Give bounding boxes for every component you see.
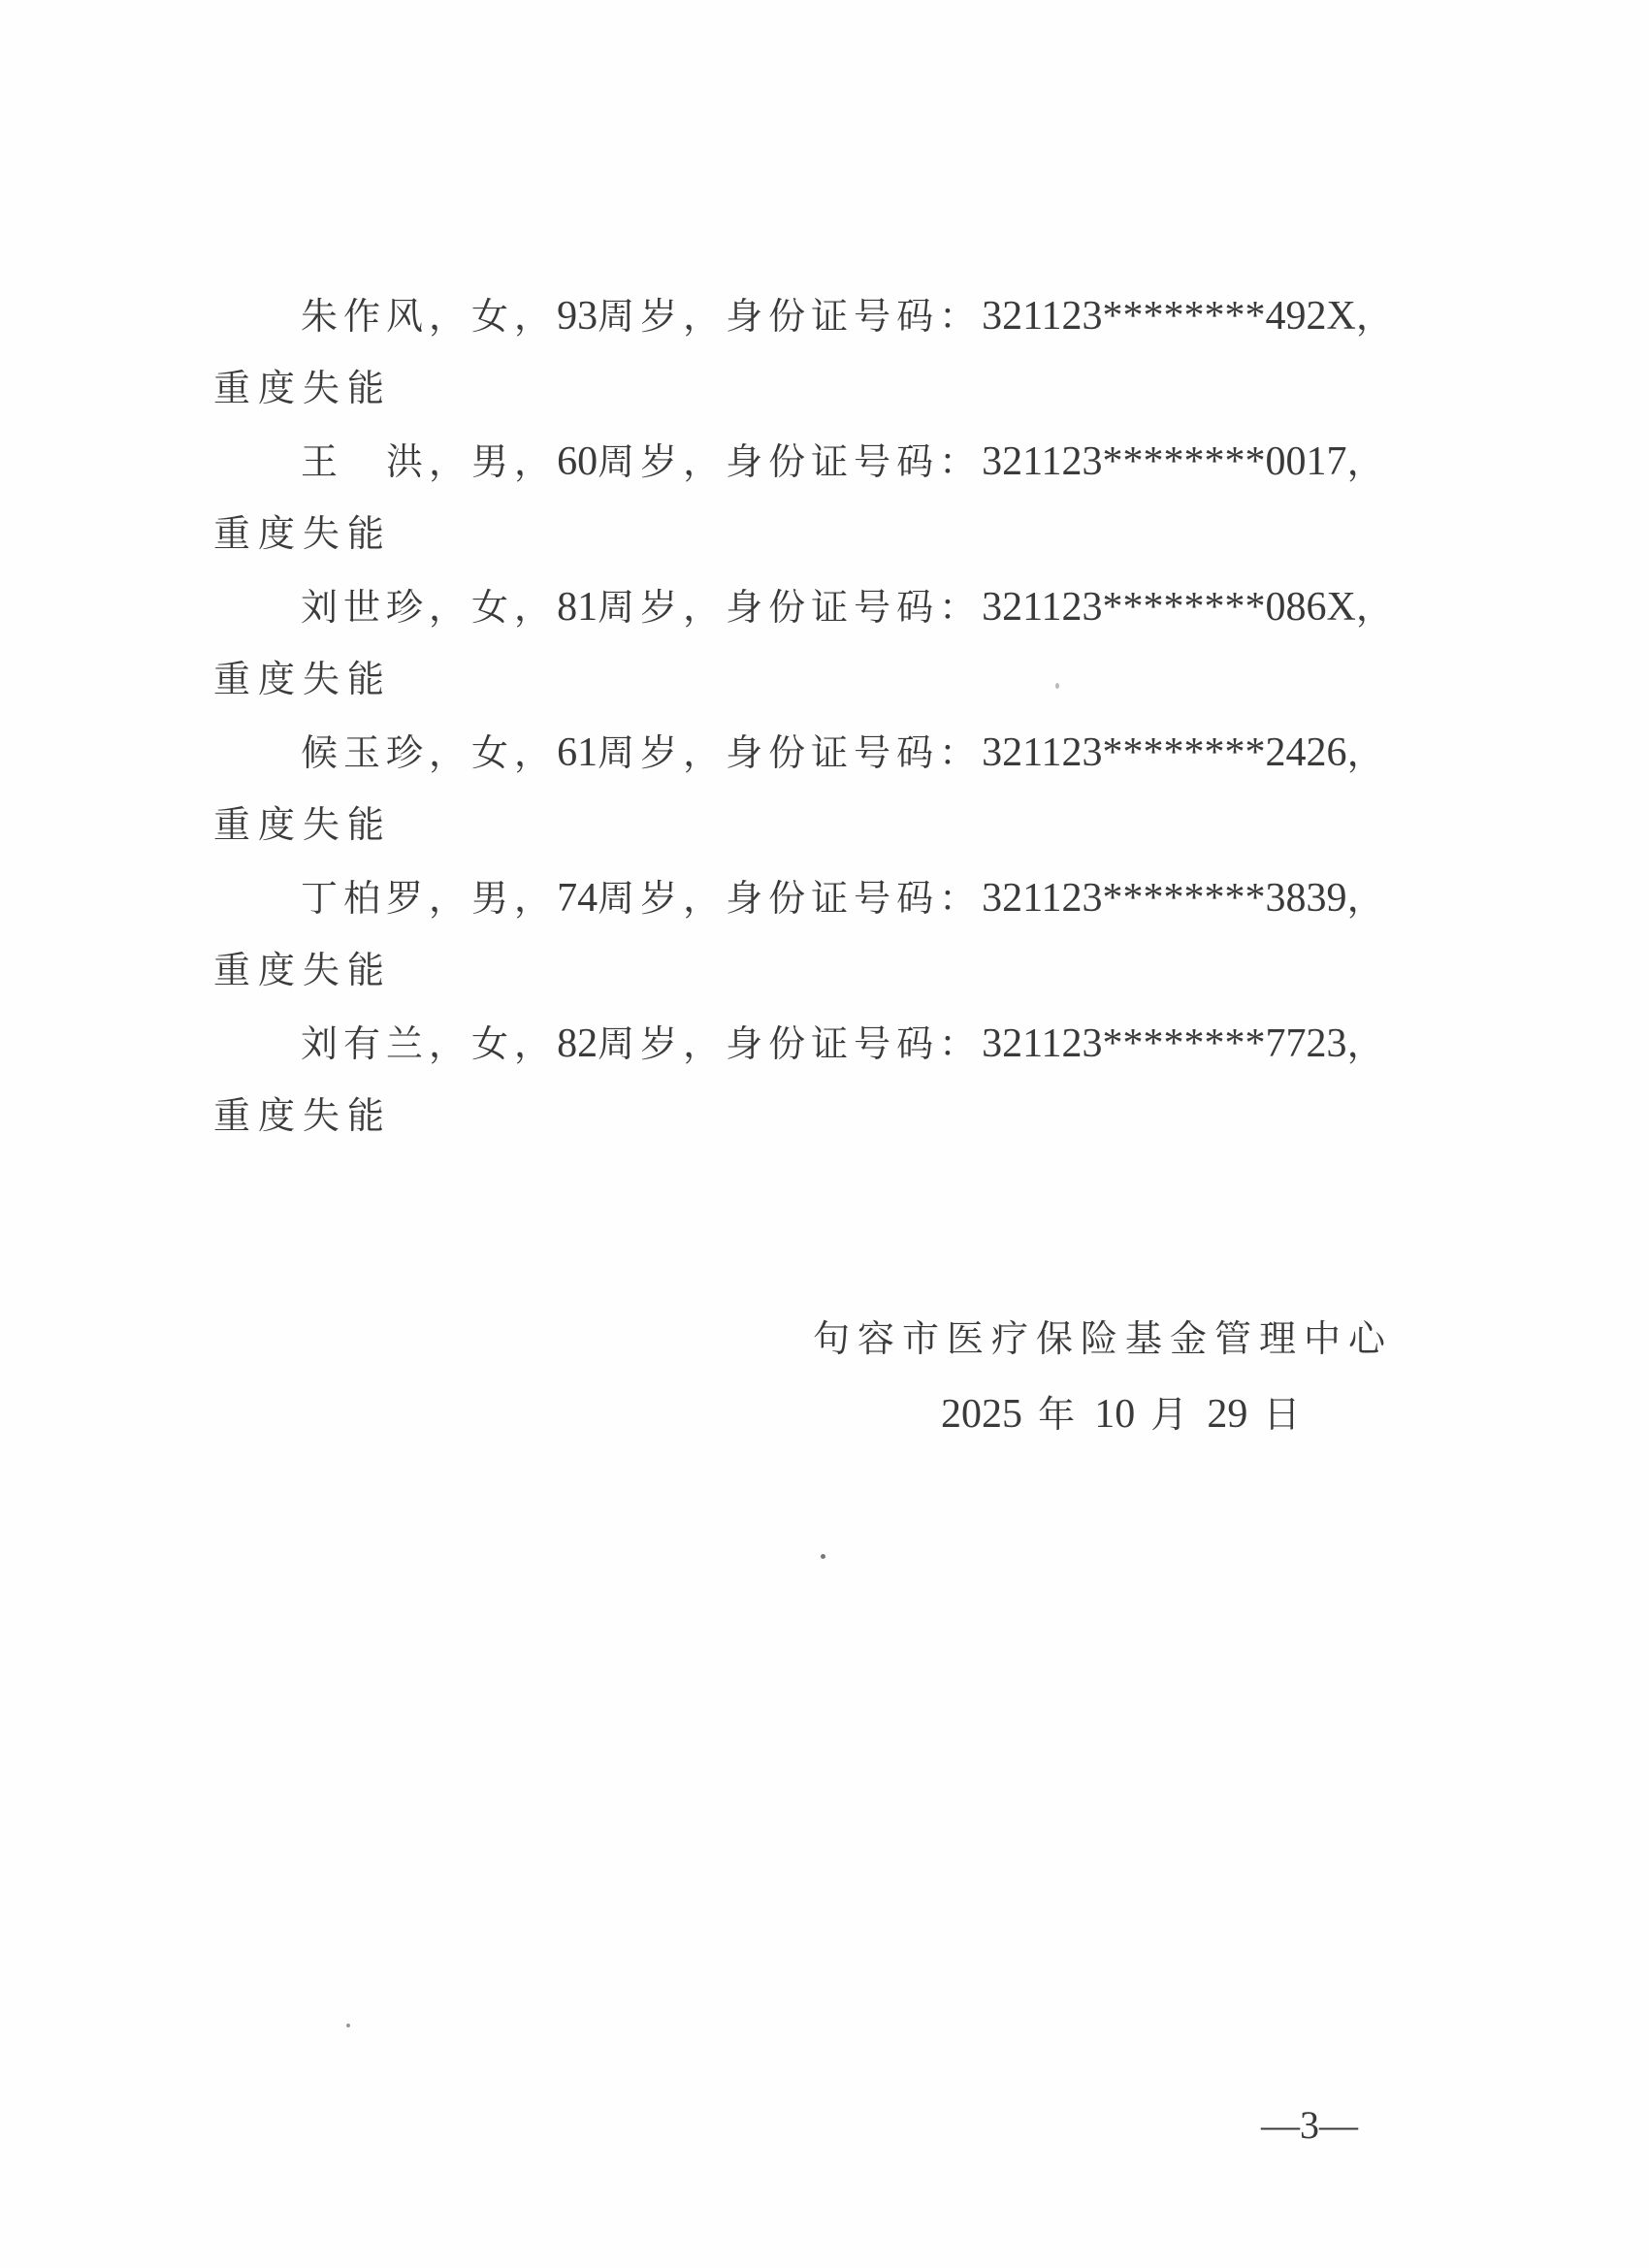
- person-gender: 男: [471, 869, 514, 927]
- disability-status: 重度失能: [213, 504, 392, 563]
- person-list: 朱作风 ， 女 ， 93 周岁 ， 身份证号码： 321123********4…: [213, 287, 1382, 1160]
- id-number: 321123********7723: [982, 1015, 1346, 1073]
- separator: ，: [514, 869, 557, 927]
- disability-status: 重度失能: [213, 1086, 392, 1145]
- separator: ，: [429, 433, 471, 491]
- age-unit: 周岁: [598, 287, 683, 345]
- person-entry: 候玉珍 ， 女 ， 61 周岁 ， 身份证号码： 321123********2…: [213, 724, 1382, 869]
- id-number: 321123********3839: [982, 869, 1346, 927]
- date-month: 10: [1094, 1392, 1135, 1437]
- person-age: 61: [557, 724, 598, 782]
- id-number: 321123********492X: [982, 287, 1356, 345]
- separator: ，: [1356, 578, 1399, 636]
- person-name: 刘有兰: [301, 1015, 429, 1073]
- id-label: 身份证号码：: [726, 1015, 982, 1073]
- age-unit: 周岁: [598, 578, 683, 636]
- separator: ，: [683, 724, 726, 782]
- person-entry: 朱作风 ， 女 ， 93 周岁 ， 身份证号码： 321123********4…: [213, 287, 1382, 433]
- age-unit: 周岁: [598, 1015, 683, 1073]
- person-entry-line: 丁柏罗 ， 男 ， 74 周岁 ， 身份证号码： 321123********3…: [301, 869, 1382, 927]
- scan-speck: [821, 1554, 825, 1559]
- person-entry: 丁柏罗 ， 男 ， 74 周岁 ， 身份证号码： 321123********3…: [213, 869, 1382, 1015]
- separator: ，: [683, 433, 726, 491]
- separator: ，: [429, 578, 471, 636]
- person-age: 82: [557, 1015, 598, 1073]
- issue-date: 2025 年 10 月 29 日: [941, 1387, 1305, 1442]
- separator: ，: [514, 287, 557, 345]
- separator: ，: [514, 433, 557, 491]
- age-unit: 周岁: [598, 869, 683, 927]
- person-entry-line: 候玉珍 ， 女 ， 61 周岁 ， 身份证号码： 321123********2…: [301, 724, 1382, 782]
- date-year: 2025: [941, 1392, 1022, 1437]
- id-label: 身份证号码：: [726, 287, 982, 345]
- date-day-unit: 日: [1264, 1393, 1305, 1436]
- separator: ，: [1347, 724, 1390, 782]
- person-entry-line: 朱作风 ， 女 ， 93 周岁 ， 身份证号码： 321123********4…: [301, 287, 1382, 345]
- id-label: 身份证号码：: [726, 724, 982, 782]
- disability-status: 重度失能: [213, 941, 392, 999]
- separator: ，: [1347, 1015, 1390, 1073]
- separator: ，: [429, 869, 471, 927]
- id-label: 身份证号码：: [726, 433, 982, 491]
- person-entry: 王 洪 ， 男 ， 60 周岁 ， 身份证号码： 321123********0…: [213, 433, 1382, 578]
- id-label: 身份证号码：: [726, 869, 982, 927]
- person-name: 候玉珍: [301, 724, 429, 782]
- separator: ，: [683, 869, 726, 927]
- person-entry-line: 王 洪 ， 男 ， 60 周岁 ， 身份证号码： 321123********0…: [301, 433, 1382, 491]
- age-unit: 周岁: [598, 724, 683, 782]
- separator: ，: [1347, 869, 1390, 927]
- separator: ，: [683, 287, 726, 345]
- person-age: 60: [557, 433, 598, 491]
- separator: ，: [429, 287, 471, 345]
- separator: ，: [514, 1015, 557, 1073]
- person-gender: 男: [471, 433, 514, 491]
- person-gender: 女: [471, 1015, 514, 1073]
- person-name: 丁柏罗: [301, 869, 429, 927]
- separator: ，: [514, 724, 557, 782]
- disability-status: 重度失能: [213, 795, 392, 854]
- scan-speck: [346, 2024, 350, 2027]
- age-unit: 周岁: [598, 433, 683, 491]
- date-year-unit: 年: [1038, 1393, 1079, 1436]
- separator: ，: [683, 578, 726, 636]
- id-number: 321123********2426: [982, 724, 1346, 782]
- person-age: 81: [557, 578, 598, 636]
- document-page: 朱作风 ， 女 ， 93 周岁 ， 身份证号码： 321123********4…: [0, 0, 1649, 2268]
- person-gender: 女: [471, 578, 514, 636]
- person-name: 王 洪: [301, 433, 429, 491]
- disability-status: 重度失能: [213, 359, 392, 417]
- separator: ，: [514, 578, 557, 636]
- person-age: 74: [557, 869, 598, 927]
- date-day: 29: [1207, 1392, 1247, 1437]
- person-entry: 刘世珍 ， 女 ， 81 周岁 ， 身份证号码： 321123********0…: [213, 578, 1382, 724]
- disability-status: 重度失能: [213, 650, 392, 708]
- scan-speck: [1055, 683, 1059, 689]
- id-label: 身份证号码：: [726, 578, 982, 636]
- person-gender: 女: [471, 287, 514, 345]
- person-name: 刘世珍: [301, 578, 429, 636]
- id-number: 321123********086X: [982, 578, 1356, 636]
- separator: ，: [1347, 433, 1390, 491]
- person-entry-line: 刘世珍 ， 女 ， 81 周岁 ， 身份证号码： 321123********0…: [301, 578, 1382, 636]
- date-month-unit: 月: [1150, 1393, 1191, 1436]
- page-number: —3—: [1261, 2101, 1358, 2150]
- person-age: 93: [557, 287, 598, 345]
- separator: ，: [429, 724, 471, 782]
- separator: ，: [683, 1015, 726, 1073]
- person-gender: 女: [471, 724, 514, 782]
- separator: ，: [1356, 287, 1399, 345]
- issuing-organization: 句容市医疗保险基金管理中心: [813, 1312, 1393, 1366]
- person-name: 朱作风: [301, 287, 429, 345]
- person-entry-line: 刘有兰 ， 女 ， 82 周岁 ， 身份证号码： 321123********7…: [301, 1015, 1382, 1073]
- person-entry: 刘有兰 ， 女 ， 82 周岁 ， 身份证号码： 321123********7…: [213, 1015, 1382, 1160]
- separator: ，: [429, 1015, 471, 1073]
- id-number: 321123********0017: [982, 433, 1346, 491]
